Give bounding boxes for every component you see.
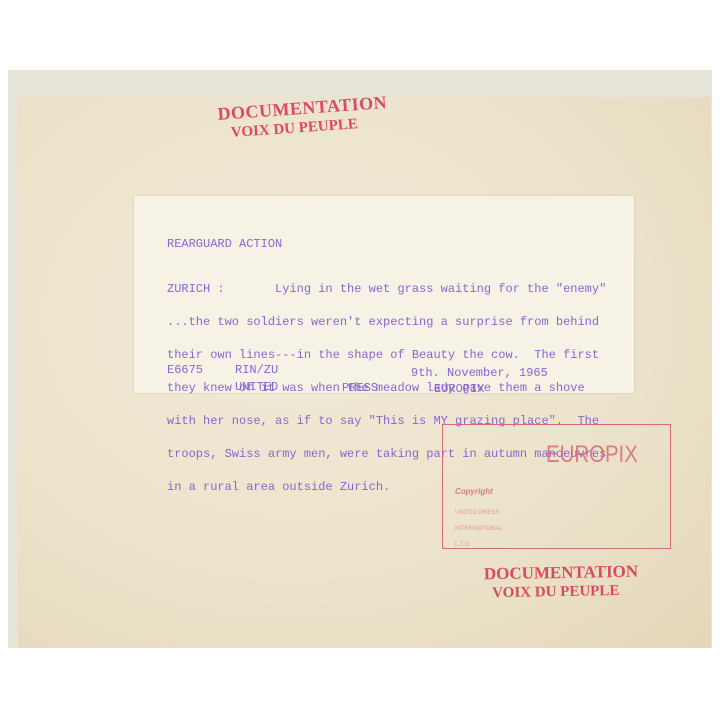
caption-line: their own lines---in the shape of Beauty… [167,350,606,361]
europix-copyright-stamp: EUROPIX Copyright UNITED PRESS INTERNATI… [442,424,671,549]
caption-line: ZURICH : Lying in the wet grass waiting … [167,284,606,295]
typed-caption-label: REARGUARD ACTION ZURICH : Lying in the w… [134,196,634,393]
copyright-label: Copyright [455,487,493,496]
bureau-code: RIN/ZU [235,365,278,376]
europix-title: EUROPIX [546,441,638,469]
caption-line: ...the two soldiers weren't expecting a … [167,317,606,328]
reference-number: E6675 [167,365,203,376]
agency-line: UNITED PRESS [455,510,499,516]
agency-line: INTERNATIONAL [455,526,503,532]
documentation-stamp-bottom: DOCUMENTATION VOIX DU PEUPLE [484,562,639,603]
footer-europix: EUROPIX [434,384,484,395]
caption-line: they knew of it was when the meadow lady… [167,383,606,394]
footer-press: PRESS [342,383,378,394]
agency-line: L.T.D. [455,542,471,548]
caption-headline: REARGUARD ACTION [167,239,282,250]
footer-united: UNITED [235,382,278,393]
caption-date: 9th. November, 1965 [411,368,548,379]
stamp-line: DOCUMENTATION [484,562,639,585]
stamp-line: VOIX DU PEUPLE [492,583,639,603]
